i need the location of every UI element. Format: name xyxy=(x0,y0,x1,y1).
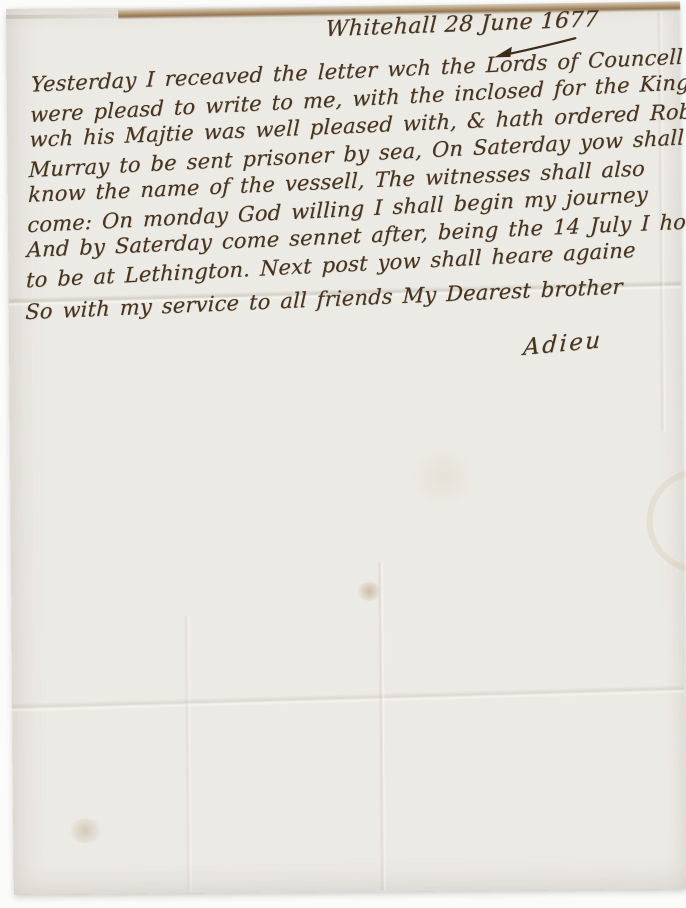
paper-top-edge-left xyxy=(6,14,126,19)
stain-ring-right xyxy=(646,468,686,573)
fold-crease-vertical-mid xyxy=(377,562,387,890)
scan-background: Whitehall 28 June 1677 Yesterday I recea… xyxy=(0,0,686,908)
letter-signature: Adieu xyxy=(522,327,603,361)
ink-stain-mid xyxy=(357,582,381,601)
stain-bottom-left xyxy=(69,818,101,843)
fold-crease-vertical-left xyxy=(183,615,192,891)
letter-page: Whitehall 28 June 1677 Yesterday I recea… xyxy=(6,3,686,895)
letter-body: Yesterday I receaved the letter wch the … xyxy=(25,43,679,327)
stain-center xyxy=(406,451,480,504)
fold-crease-lower xyxy=(12,685,684,713)
